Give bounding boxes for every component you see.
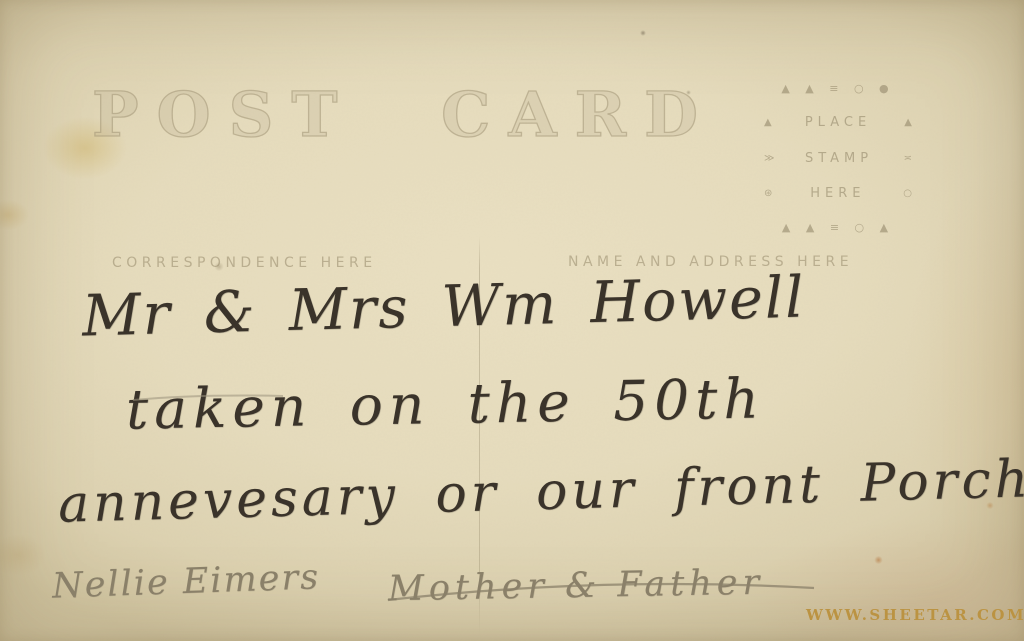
postcard-back: POST CARD ▲ ▲ ≡ ○ ● ▲ PLACE ▲ ≫ STAMP ≍ …	[0, 0, 1024, 641]
stamp-box-bottom-border: ▲ ▲ ≡ ○ ▲	[762, 221, 914, 234]
ornament-icon: ▲	[904, 117, 912, 128]
watermark: WWW.SHEETAR.COM	[806, 606, 1024, 624]
ornament-icon: ▲	[764, 117, 772, 128]
stamp-box-top-border: ▲ ▲ ≡ ○ ●	[762, 82, 914, 95]
stamp-box-row-stamp: ≫ STAMP ≍	[762, 151, 914, 166]
stamp-stamp-label: STAMP	[805, 151, 873, 166]
ornament-icon: ○	[903, 188, 912, 199]
correspondence-label: CORRESPONDENCE HERE	[112, 255, 377, 271]
stamp-box-row-here: ⊛ HERE ○	[762, 186, 914, 201]
handwriting-line-2: taken on the 50th	[125, 366, 765, 441]
stamp-box: ▲ ▲ ≡ ○ ● ▲ PLACE ▲ ≫ STAMP ≍ ⊛ HERE ○ ▲…	[762, 82, 914, 234]
stain-speck	[640, 30, 646, 36]
ornament-icon: ⊛	[764, 188, 772, 199]
stamp-place-label: PLACE	[805, 115, 871, 130]
ornament-icon: ≍	[904, 153, 912, 164]
postcard-title: POST CARD	[92, 78, 716, 151]
handwriting-line-1: Mr & Mrs Wm Howell	[81, 265, 806, 350]
stamp-here-label: HERE	[810, 186, 865, 201]
pencil-caption: Mother & Father	[388, 563, 765, 610]
pencil-signature: Nellie Eimers	[51, 557, 320, 606]
handwriting-line-3: annevesary or our front Porch	[57, 449, 1024, 534]
stamp-box-row-place: ▲ PLACE ▲	[762, 115, 914, 130]
ornament-icon: ≫	[764, 153, 774, 164]
stain-speck	[874, 556, 883, 564]
